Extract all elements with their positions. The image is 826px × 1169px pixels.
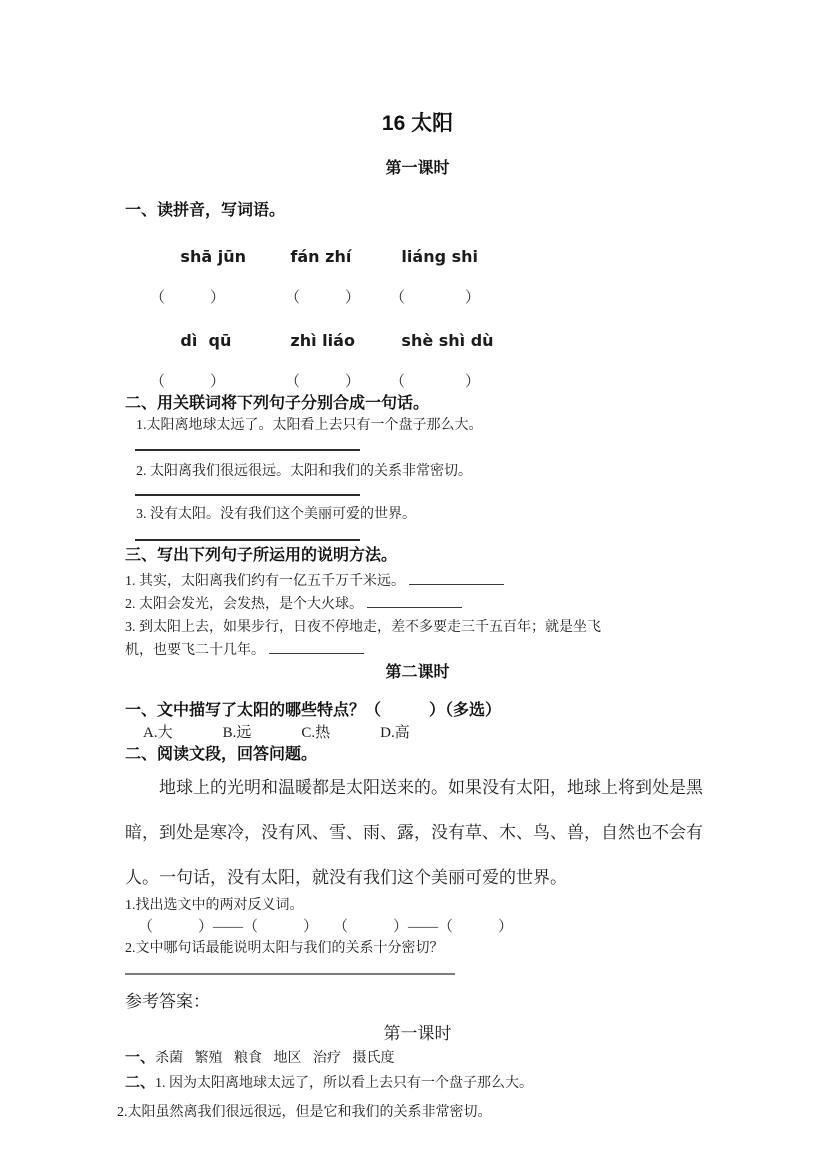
answer-blank-inline [409,573,504,585]
answer-parens-row: （ ） （ ） （ ） [150,288,710,309]
answer-number: 二、 [125,1074,155,1091]
lesson1-header: 第一课时 [125,158,710,180]
answer-blank-inline [367,596,462,608]
answer-blank-line [135,539,360,541]
item-text: 1. 其实，太阳离我们约有一亿五千万千米远。 [125,574,405,589]
exercise-item: 2. 太阳离我们很远很远。太阳和我们的关系非常密切。 [136,461,710,483]
pinyin-word: fán zhí [290,246,401,267]
answer-text: 杀菌 繁殖 粮食 地区 治疗 摄氏度 [155,1051,395,1066]
answer-blank-long-line [125,973,455,975]
exercise-item: 1.太阳离地球太远了。太阳看上去只有一个盘子那么大。 [136,415,710,437]
choice-option-b: B.远 [223,725,252,741]
choice-option-a: A.大 [143,725,173,741]
pinyin-word: shā jūn [180,246,290,267]
reading-passage: 地球上的光明和温暖都是太阳送来的。如果没有太阳，地球上将到处是黑 暗，到处是寒冷… [125,766,710,901]
sub-question: 2.文中哪句话最能说明太阳与我们的关系十分密切？ [125,938,710,960]
exercise-item: 3. 没有太阳。没有我们这个美丽可爱的世界。 [136,504,710,526]
exercise-item: 2. 太阳会发光，会发热，是个大火球。 [125,593,710,616]
pinyin-word: dì qū [180,330,290,351]
exercise-item-line: 3. 到太阳上去，如果步行，日夜不停地走，差不多要走三千五百年；就是坐飞 [125,616,710,639]
section1-heading: 一、读拼音，写词语。 [125,200,710,222]
lesson2-q2-heading: 二、阅读文段，回答问题。 [125,744,710,766]
pinyin-word: zhì liáo [290,330,401,351]
section3-heading: 三、写出下列句子所运用的说明方法。 [125,545,710,567]
exercise-item: 1. 其实，太阳离我们约有一亿五千万千米远。 [125,570,710,593]
pinyin-word: shè shì dù [401,331,493,350]
answer-number: 一、 [125,1049,155,1066]
page-title: 16 太阳 [125,110,710,138]
answer-blank-inline [269,642,364,654]
lesson2-q1-heading: 一、文中描写了太阳的哪些特点？（ ）（多选） [125,700,710,722]
passage-line: 地球上的光明和温暖都是太阳送来的。如果没有太阳，地球上将到处是黑 [125,766,710,811]
lesson2-header: 第二课时 [125,662,710,684]
answer-blank-line [135,494,360,496]
answer-text: 2.太阳虽然离我们很远很远，但是它和我们的关系非常密切。 [117,1105,492,1120]
answer-blank-line [135,449,360,451]
answers-lesson1-header: 第一课时 [125,1022,710,1046]
choice-options-row: A.大B.远C.热D.高 [143,722,710,744]
worksheet-page: 16 太阳 第一课时 一、读拼音，写词语。 shā jūnfán zhílián… [0,0,826,1169]
reference-answers-label: 参考答案： [125,990,710,1014]
answer-parens-row: （ ） （ ） （ ） [150,372,710,393]
answer-line-3: 2.太阳虽然离我们很远很远，但是它和我们的关系非常密切。 [117,1101,710,1125]
exercise-item-line: 机，也要飞二十几年。 [125,639,710,662]
section2-heading: 二、用关联词将下列句子分别合成一句话。 [125,393,710,415]
item-text: 2. 太阳会发光，会发热，是个大火球。 [125,597,363,612]
passage-line: 暗，到处是寒冷，没有风、雪、雨、露，没有草、木、鸟、兽，自然也不会有 [125,811,710,856]
antonym-parens-row: （ ）——（ ） （ ）——（ ） [138,917,710,938]
answer-line-2: 二、1. 因为太阳离地球太远了，所以看上去只有一个盘子那么大。 [125,1071,710,1096]
pinyin-row-2: dì qūzhì liáoshè shì dù [147,309,710,372]
answer-line-1: 一、杀菌 繁殖 粮食 地区 治疗 摄氏度 [125,1046,710,1071]
pinyin-word: liáng shi [401,247,478,266]
item-text: 机，也要飞二十几年。 [125,643,265,658]
pinyin-row-1: shā jūnfán zhíliáng shi [147,225,710,288]
page-content: 16 太阳 第一课时 一、读拼音，写词语。 shā jūnfán zhílián… [0,0,826,1125]
choice-option-d: D.高 [380,725,410,741]
choice-option-c: C.热 [301,725,330,741]
answer-text: 1. 因为太阳离地球太远了，所以看上去只有一个盘子那么大。 [155,1076,533,1091]
